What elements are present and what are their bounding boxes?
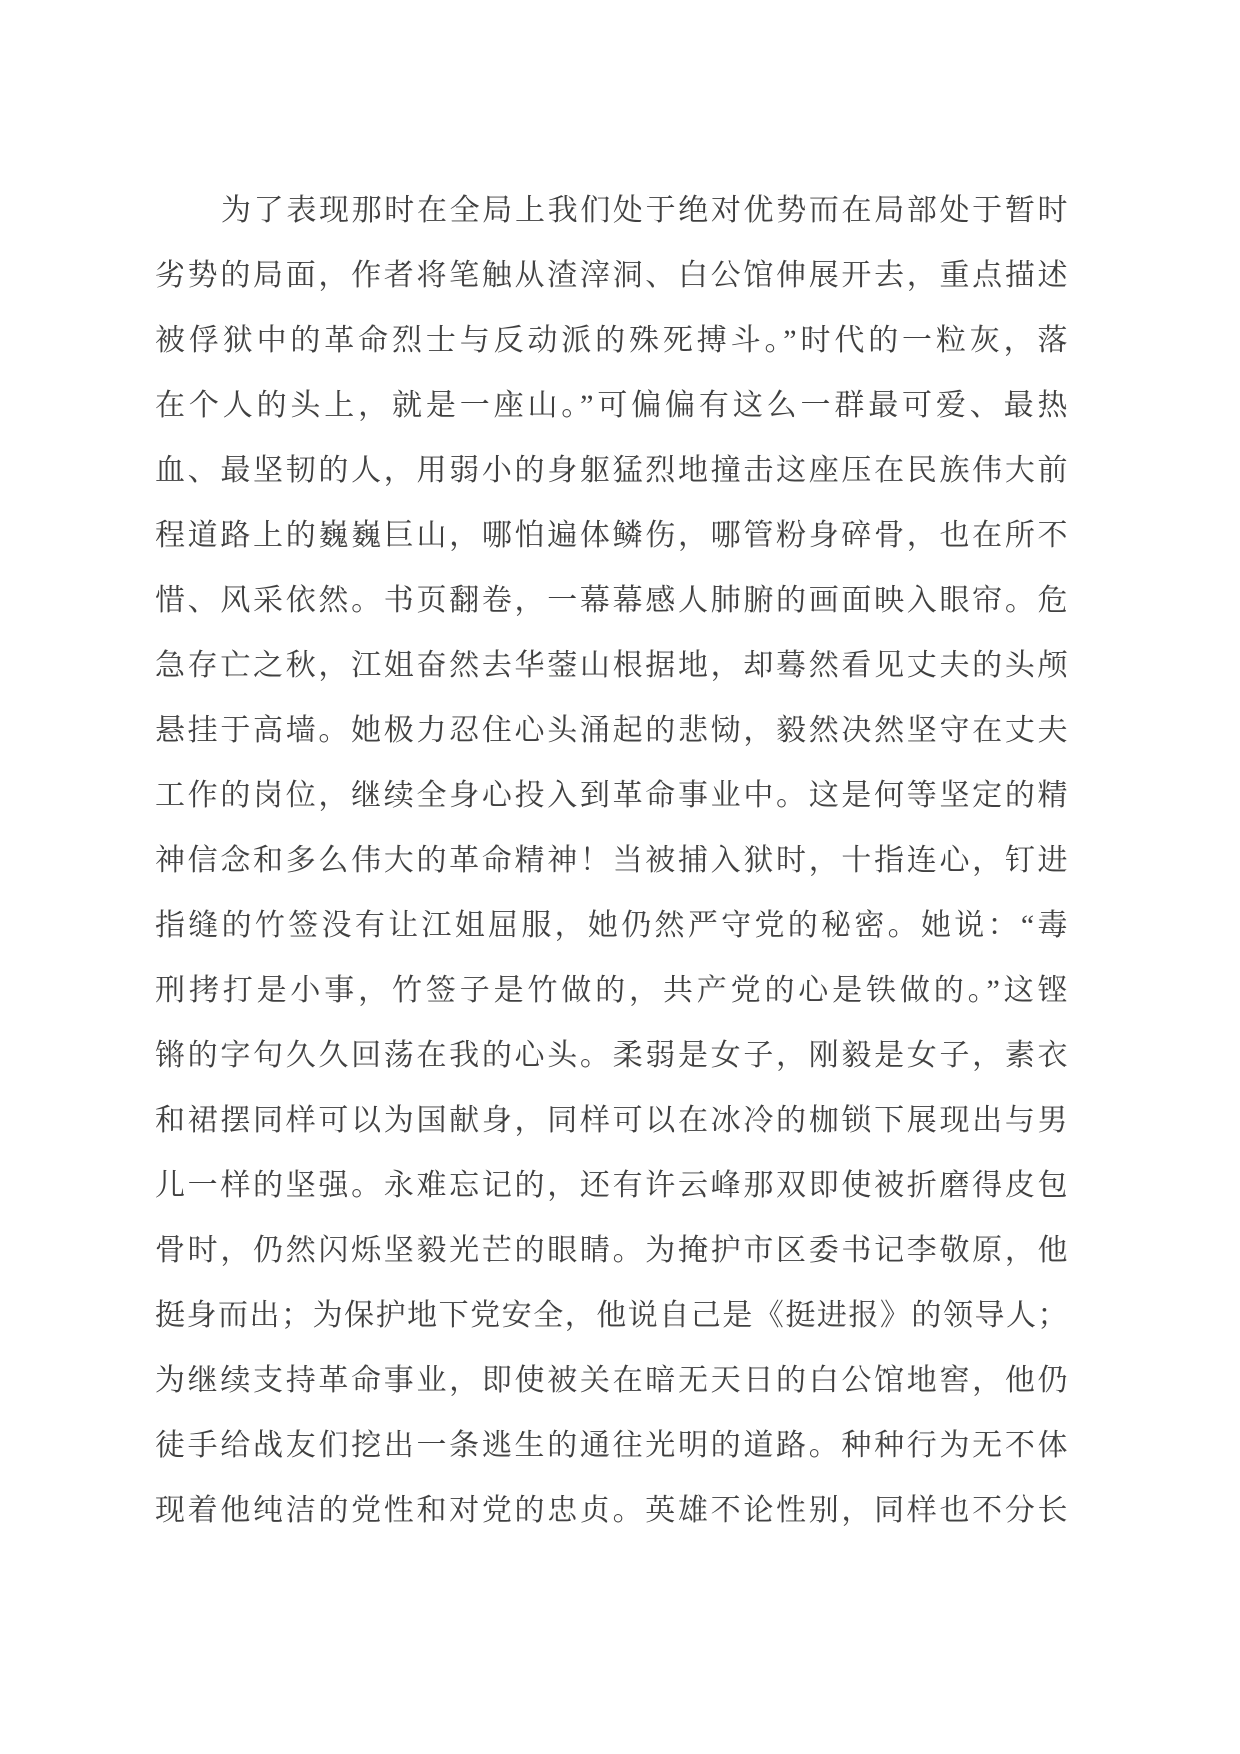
text-line: 指缝的竹签没有让江姐屈服，她仍然严守党的秘密。她说：“毒	[155, 893, 1068, 958]
text-line: 为了表现那时在全局上我们处于绝对优势而在局部处于暂时	[155, 178, 1068, 243]
document-page: 为了表现那时在全局上我们处于绝对优势而在局部处于暂时 劣势的局面，作者将笔触从渣…	[0, 0, 1240, 1754]
text-line: 锵的字句久久回荡在我的心头。柔弱是女子，刚毅是女子，素衣	[155, 1023, 1068, 1088]
text-line: 程道路上的巍巍巨山，哪怕遍体鳞伤，哪管粉身碎骨，也在所不	[155, 503, 1068, 568]
text-line: 神信念和多么伟大的革命精神！当被捕入狱时，十指连心，钉进	[155, 828, 1068, 893]
text-line: 和裙摆同样可以为国献身，同样可以在冰冷的枷锁下展现出与男	[155, 1088, 1068, 1153]
text-line: 在个人的头上，就是一座山。”可偏偏有这么一群最可爱、最热	[155, 373, 1068, 438]
text-line: 悬挂于高墙。她极力忍住心头涌起的悲恸，毅然决然坚守在丈夫	[155, 698, 1068, 763]
text-line: 儿一样的坚强。永难忘记的，还有许云峰那双即使被折磨得皮包	[155, 1153, 1068, 1218]
text-line: 工作的岗位，继续全身心投入到革命事业中。这是何等坚定的精	[155, 763, 1068, 828]
essay-paragraph: 为了表现那时在全局上我们处于绝对优势而在局部处于暂时 劣势的局面，作者将笔触从渣…	[155, 178, 1068, 1543]
text-line: 急存亡之秋，江姐奋然去华蓥山根据地，却蓦然看见丈夫的头颅	[155, 633, 1068, 698]
text-line: 为继续支持革命事业，即使被关在暗无天日的白公馆地窖，他仍	[155, 1348, 1068, 1413]
text-line: 挺身而出；为保护地下党安全，他说自己是《挺进报》的领导人；	[155, 1283, 1068, 1348]
text-line: 现着他纯洁的党性和对党的忠贞。英雄不论性别，同样也不分长	[155, 1478, 1068, 1543]
text-line: 血、最坚韧的人，用弱小的身躯猛烈地撞击这座压在民族伟大前	[155, 438, 1068, 503]
text-line: 刑拷打是小事，竹签子是竹做的，共产党的心是铁做的。”这铿	[155, 958, 1068, 1023]
text-line: 徒手给战友们挖出一条逃生的通往光明的道路。种种行为无不体	[155, 1413, 1068, 1478]
text-line: 劣势的局面，作者将笔触从渣滓洞、白公馆伸展开去，重点描述	[155, 243, 1068, 308]
text-line: 惜、风采依然。书页翻卷，一幕幕感人肺腑的画面映入眼帘。危	[155, 568, 1068, 633]
text-line: 骨时，仍然闪烁坚毅光芒的眼睛。为掩护市区委书记李敬原，他	[155, 1218, 1068, 1283]
text-line: 被俘狱中的革命烈士与反动派的殊死搏斗。”时代的一粒灰，落	[155, 308, 1068, 373]
